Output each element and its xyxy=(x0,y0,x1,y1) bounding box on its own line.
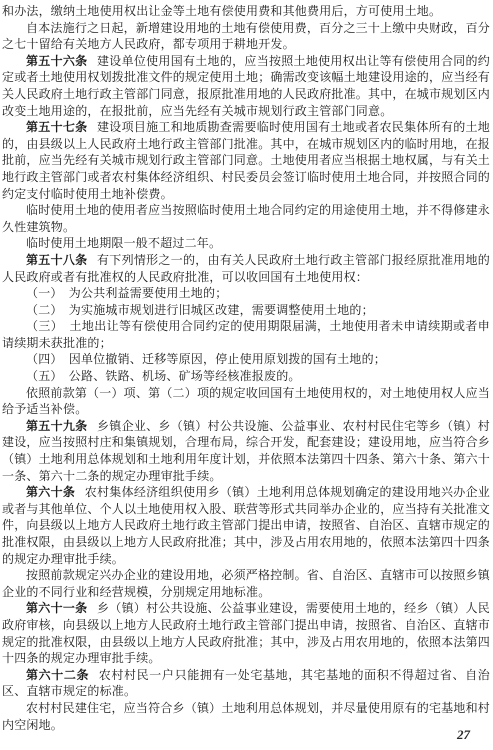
paragraph: （四） 因单位撤销、迁移等原因，停止使用原划拨的国有土地的； xyxy=(2,351,490,368)
article-number: 第六十条 xyxy=(26,485,75,499)
article-number: 第六十二条 xyxy=(26,668,89,682)
paragraph-text: 农村村民建住宅，应当符合乡（镇）土地利用总体规划，并尽量使用原有的宅基地和村内空… xyxy=(2,701,490,732)
paragraph-text: 临时使用土地期限一般不超过二年。 xyxy=(26,236,221,250)
article-paragraph: 第五十七条建设项目施工和地质勘查需要临时使用国有土地或者农民集体所有的土地的，由… xyxy=(2,119,490,202)
paragraph: 按照前款规定兴办企业的建设用地，必须严格控制。省、自治区、直辖市可以按照乡镇企业… xyxy=(2,567,490,600)
article-number: 第五十六条 xyxy=(26,54,87,68)
article-paragraph: 第六十一条乡（镇）村公共设施、公益事业建设，需要使用土地的，经乡（镇）人民政府审… xyxy=(2,600,490,666)
paragraph-text: （五） 公路、铁路、机场、矿场等经核准报废的。 xyxy=(26,369,301,383)
article-paragraph: 第五十九条乡镇企业、乡（镇）村公共设施、公益事业、农村村民住宅等乡（镇）村建设，… xyxy=(2,418,490,484)
paragraph-text: 自本法施行之日起，新增建设用地的土地有偿使用费，百分之三十上缴中央财政，百分之七… xyxy=(2,21,490,52)
article-paragraph: 第六十二条农村村民一户只能拥有一处宅基地，其宅基地的面积不得超过省、自治区、直辖… xyxy=(2,667,490,700)
page-number: 27 xyxy=(457,727,470,743)
article-paragraph: 第六十条农村集体经济组织使用乡（镇）土地利用总体规划确定的建设用地兴办企业或者与… xyxy=(2,484,490,567)
paragraph: 临时使用土地的使用者应当按照临时使用土地合同约定的用途使用土地，并不得修建永久性… xyxy=(2,202,490,235)
article-number: 第六十一条 xyxy=(26,601,87,615)
article-number: 第五十九条 xyxy=(26,419,87,433)
paragraph-text: 和办法，缴纳土地使用权出让金等土地有偿使用费和其他费用后，方可使用土地。 xyxy=(2,4,441,18)
paragraph: 和办法，缴纳土地使用权出让金等土地有偿使用费和其他费用后，方可使用土地。 xyxy=(2,3,490,20)
document-body: 和办法，缴纳土地使用权出让金等土地有偿使用费和其他费用后，方可使用土地。自本法施… xyxy=(2,3,490,733)
article-number: 第五十七条 xyxy=(26,120,87,134)
paragraph-text: （二） 为实施城市规划进行旧城区改建，需要调整使用土地的； xyxy=(26,303,374,317)
paragraph-text: 依照前款第（一）项、第（二）项的规定收回国有土地使用权的，对土地使用权人应当给予… xyxy=(2,386,490,417)
article-number: 第五十八条 xyxy=(26,253,87,267)
paragraph: 依照前款第（一）项、第（二）项的规定收回国有土地使用权的，对土地使用权人应当给予… xyxy=(2,385,490,418)
article-paragraph: 第五十六条建设单位使用国有土地的，应当按照土地使用权出让等有偿使用合同的约定或者… xyxy=(2,53,490,119)
paragraph-text: 临时使用土地的使用者应当按照临时使用土地合同约定的用途使用土地，并不得修建永久性… xyxy=(2,203,490,234)
paragraph: （三） 土地出让等有偿使用合同约定的使用期限届满，土地使用者未申请续期或者申请续… xyxy=(2,318,490,351)
paragraph: 临时使用土地期限一般不超过二年。 xyxy=(2,235,490,252)
paragraph-text: 按照前款规定兴办企业的建设用地，必须严格控制。省、自治区、直辖市可以按照乡镇企业… xyxy=(2,568,490,599)
paragraph: 农村村民建住宅，应当符合乡（镇）土地利用总体规划，并尽量使用原有的宅基地和村内空… xyxy=(2,700,490,733)
paragraph-text: （四） 因单位撤销、迁移等原因，停止使用原划拨的国有土地的； xyxy=(26,352,386,366)
paragraph: （二） 为实施城市规划进行旧城区改建，需要调整使用土地的； xyxy=(2,302,490,319)
article-paragraph: 第五十八条有下列情形之一的，由有关人民政府土地行政主管部门报经原批准用地的人民政… xyxy=(2,252,490,285)
paragraph: 自本法施行之日起，新增建设用地的土地有偿使用费，百分之三十上缴中央财政，百分之七… xyxy=(2,20,490,53)
paragraph: （五） 公路、铁路、机场、矿场等经核准报废的。 xyxy=(2,368,490,385)
paragraph-text: （三） 土地出让等有偿使用合同约定的使用期限届满，土地使用者未申请续期或者申请续… xyxy=(2,319,490,350)
document-page: 和办法，缴纳土地使用权出让金等土地有偿使用费和其他费用后，方可使用土地。自本法施… xyxy=(0,0,493,750)
paragraph-text: 农村集体经济组织使用乡（镇）土地利用总体规划确定的建设用地兴办企业或者与其他单位… xyxy=(2,485,490,565)
paragraph: （一） 为公共利益需要使用土地的； xyxy=(2,285,490,302)
paragraph-text: （一） 为公共利益需要使用土地的； xyxy=(26,286,227,300)
